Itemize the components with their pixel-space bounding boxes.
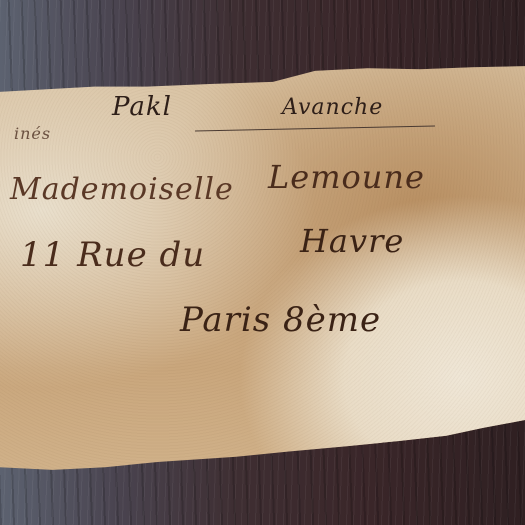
underline [195,125,435,131]
handwriting-line3-a: 11 Rue du [20,235,205,275]
handwriting-line1-a: Pakl [112,92,172,122]
handwriting-line1-b: Avanche [282,95,383,120]
margin-note: inés [14,124,51,143]
handwriting-line2-b: Lemoune [268,158,425,196]
handwriting-line4: Paris 8ème [180,300,381,340]
handwriting-line2-a: Mademoiselle [10,172,234,207]
handwriting-line3-b: Havre [300,222,404,260]
